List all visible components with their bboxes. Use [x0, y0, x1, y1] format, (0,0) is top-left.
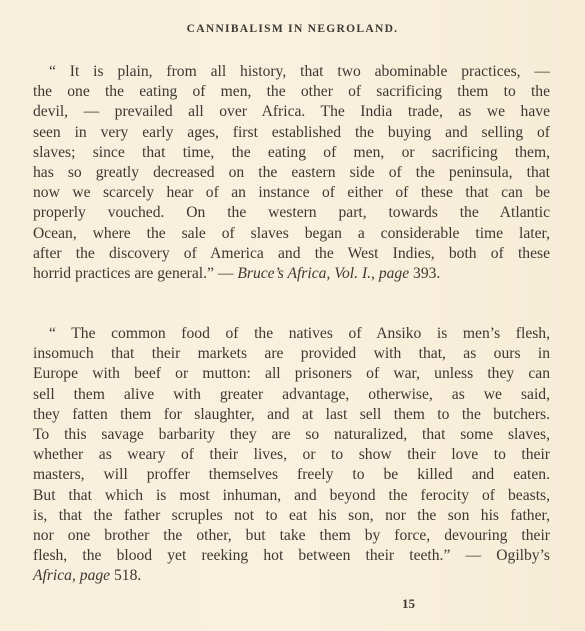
citation-source: Africa, page	[33, 567, 110, 584]
text-line: after the discovery of America and the W…	[33, 244, 550, 264]
text-line: masters, will proffer themselves freely …	[33, 465, 550, 485]
text-line: flesh, the blood yet reeking hot between…	[33, 546, 550, 566]
text-line: the one the eating of men, the other of …	[33, 82, 550, 102]
text-line: they fatten them for slaughter, and at l…	[33, 405, 550, 425]
text-line-with-citation: Africa, page 518.	[33, 566, 550, 586]
citation-source: Bruce’s Africa, Vol. I., page	[237, 265, 409, 282]
text-line: nor one brother the other, but take them…	[33, 526, 550, 546]
text-line: Ocean, where the sale of slaves began a …	[33, 224, 550, 244]
quote-bruce: “ It is plain, from all history, that tw…	[33, 62, 550, 284]
text-line: is, that the father scruples not to eat …	[33, 506, 550, 526]
text-line: now we scarcely hear of an instance of e…	[33, 183, 550, 203]
citation-page: 393.	[409, 265, 440, 282]
text-line: “ It is plain, from all history, that tw…	[33, 62, 550, 82]
text-line: But that which is most inhuman, and beyo…	[33, 486, 550, 506]
text-line-with-citation: horrid practices are general.” — Bruce’s…	[33, 264, 550, 284]
text-line: has so greatly decreased on the eastern …	[33, 163, 550, 183]
text-line: Europe with beef or mutton: all prisoner…	[33, 364, 550, 384]
text-line: devil, — prevailed all over Africa. The …	[33, 102, 550, 122]
text-line: whether as weary of their lives, or to s…	[33, 445, 550, 465]
text-line: “ The common food of the natives of Ansi…	[33, 324, 550, 344]
quote-ogilby: “ The common food of the natives of Ansi…	[33, 324, 550, 586]
running-head: CANNIBALISM IN NEGROLAND.	[0, 23, 585, 35]
page-number: 15	[402, 596, 415, 612]
citation-page: 518.	[110, 567, 141, 584]
text-line: properly vouched. On the western part, t…	[33, 203, 550, 223]
book-page: CANNIBALISM IN NEGROLAND. “ It is plain,…	[0, 0, 585, 631]
text-line: seen in very early ages, first establish…	[33, 123, 550, 143]
text-line: slaves; since that time, the eating of m…	[33, 143, 550, 163]
text-line: insomuch that their markets are provided…	[33, 344, 550, 364]
text-line: To this savage barbarity they are so nat…	[33, 425, 550, 445]
text-line: sell them alive with greater advantage, …	[33, 385, 550, 405]
text-fragment: horrid practices are general.” —	[33, 265, 237, 282]
